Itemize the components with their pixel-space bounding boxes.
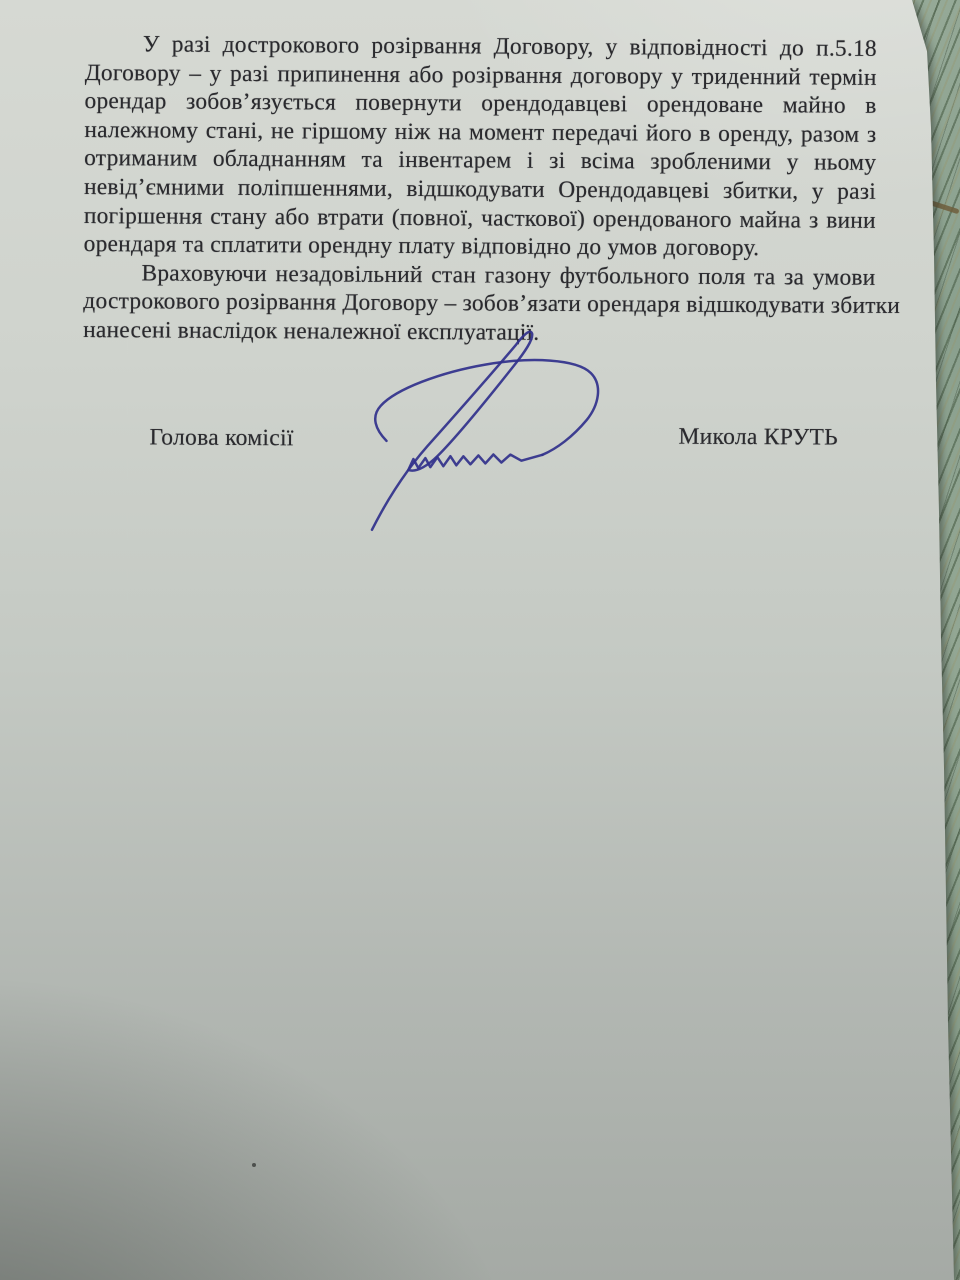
document-line: орендаря та сплатити орендну плату відпо… [84,230,876,263]
document-content: У разі дострокового розірвання Договору,… [78,30,877,1135]
signer-name: Микола КРУТЬ [678,424,838,452]
photographed-document: У разі дострокового розірвання Договору,… [0,0,960,1280]
document-line: орендар зобов’язується повернути орендод… [84,87,876,120]
handwritten-signature [345,324,658,544]
document-line: невід’ємними поліпшеннями, відшкодувати … [84,173,876,206]
document-line: У разі дострокового розірвання Договору,… [85,30,877,63]
paper-sheet: У разі дострокового розірвання Договору,… [0,0,960,1280]
paper-speck [252,1163,256,1167]
document-body-text: У разі дострокового розірвання Договору,… [83,30,877,349]
signer-role-label: Голова комісії [149,424,293,452]
paper-sheet-wrap: У разі дострокового розірвання Договору,… [0,0,960,1280]
